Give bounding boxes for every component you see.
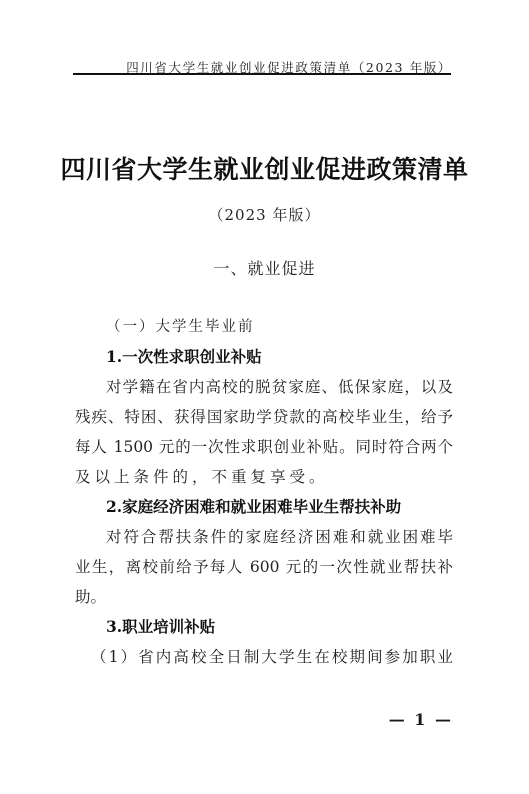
document-body: （一）大学生毕业前 1.一次性求职创业补贴 对学籍在省内高校的脱贫家庭、低保家庭… <box>75 312 453 672</box>
paragraph-line: 对学籍在省内高校的脱贫家庭、低保家庭，以及 <box>75 372 453 402</box>
paragraph-line: 及以上条件的，不重复享受。 <box>75 462 453 492</box>
document-subtitle: （2023 年版） <box>0 204 529 225</box>
paragraph-line: 残疾、特困、获得国家助学贷款的高校毕业生，给予 <box>75 402 453 432</box>
document-title: 四川省大学生就业创业促进政策清单 <box>0 150 529 186</box>
subsection-heading: （一）大学生毕业前 <box>75 312 453 342</box>
page-number: — 1 — <box>389 710 453 729</box>
paragraph-line: 业生，离校前给予每人 600 元的一次性就业帮扶补 <box>75 552 453 582</box>
item-heading-3: 3.职业培训补贴 <box>75 612 453 642</box>
item-heading-1: 1.一次性求职创业补贴 <box>75 342 453 372</box>
paragraph-line: 对符合帮扶条件的家庭经济困难和就业困难毕 <box>75 522 453 552</box>
header-rule <box>73 73 451 75</box>
section-heading: 一、就业促进 <box>0 256 529 279</box>
paragraph-line: （1）省内高校全日制大学生在校期间参加职业 <box>75 642 453 672</box>
paragraph-line: 助。 <box>75 582 453 612</box>
item-heading-2: 2.家庭经济困难和就业困难毕业生帮扶补助 <box>75 492 453 522</box>
paragraph-line: 每人 1500 元的一次性求职创业补贴。同时符合两个 <box>75 432 453 462</box>
